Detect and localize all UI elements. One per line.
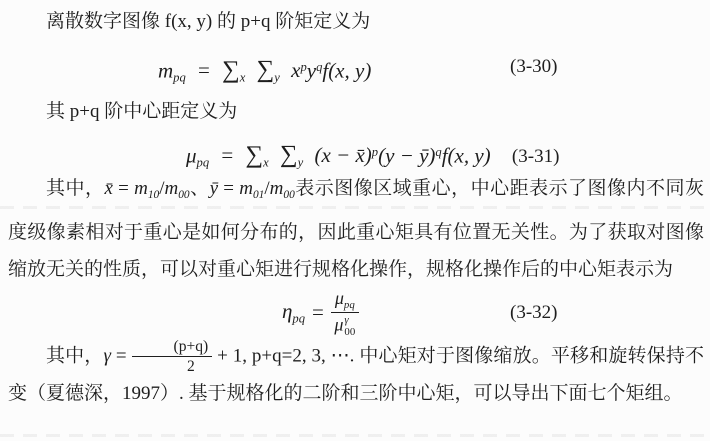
paragraph-text: 其 p+q 阶中心距定义为	[46, 101, 237, 122]
m01-subscript: 01	[253, 189, 264, 201]
mu-pq-symbol: μ	[335, 288, 344, 308]
enumeration-comma: 、	[190, 178, 210, 199]
equals-sign: =	[198, 58, 210, 82]
y-deviation-term: (y − ȳ)	[378, 143, 435, 167]
lead-text: 其中，	[46, 178, 104, 199]
m01-symbol: m	[239, 178, 253, 199]
fraction-denominator: 2	[132, 357, 213, 375]
equation-number: (3-32)	[510, 302, 557, 324]
xbar-formula: x̄ = m10/m00	[104, 178, 189, 199]
mu-pq-subscript: pq	[344, 299, 355, 311]
image-function: f(x, y)	[442, 143, 491, 167]
sum-y-subscript: y	[298, 156, 304, 170]
equals-sign: =	[221, 143, 233, 167]
paragraph-centroid-explanation: 其中，x̄ = m10/m00、ȳ = m01/m00表示图像区域重心，中心距表…	[8, 170, 704, 288]
sum-y-subscript: y	[274, 71, 280, 85]
m00-subscript: 00	[283, 189, 294, 201]
moment-subscript: pq	[173, 71, 186, 85]
y-term: y	[307, 58, 316, 82]
moment-symbol: m	[158, 58, 173, 82]
mu-symbol: μ	[186, 143, 197, 167]
ybar-formula: ȳ = m01/m00	[210, 178, 295, 199]
xbar-symbol: x̄	[104, 178, 112, 199]
equals-sign: =	[111, 345, 132, 366]
equation-3-31: μpq = ∑x ∑y (x − x̄)p(y − ȳ)qf(x, y) (3-…	[0, 134, 710, 170]
m00-symbol: m	[165, 178, 179, 199]
fraction-denominator: μγ00	[331, 313, 359, 338]
mu-subscript: pq	[197, 156, 210, 170]
gamma-symbol: γ	[103, 345, 111, 366]
sigma-icon: ∑	[245, 141, 263, 168]
sum-x-subscript: x	[263, 156, 269, 170]
sigma-icon: ∑	[222, 56, 240, 83]
fraction-numerator: (p+q)	[132, 338, 213, 357]
lead-text: 其中，	[46, 345, 103, 366]
eta-term: ηpq	[282, 299, 305, 326]
p-plus-q-over-2-fraction: (p+q)2	[132, 338, 213, 376]
paragraph-gamma-note: 其中，γ = (p+q)2 + 1, p+q=2, 3, ⋯. 中心矩对于图像缩…	[8, 338, 704, 411]
m10-subscript: 10	[148, 189, 159, 201]
mu-00-subscript: 00	[344, 326, 355, 338]
gamma-exponent: γ	[344, 314, 355, 326]
equation-3-32: ηpq = μpq μγ00 (3-32)	[0, 288, 710, 338]
normalized-moment-fraction: μpq μγ00	[331, 288, 359, 338]
eta-subscript: pq	[292, 312, 305, 326]
equation-3-30: mpq = ∑x ∑y xpyqf(x, y) (3-30)	[0, 50, 710, 84]
paragraph-central-moment-intro: 其 p+q 阶中心距定义为	[8, 98, 704, 126]
equation-number: (3-30)	[510, 50, 557, 84]
mu-00-supsub: γ00	[344, 314, 355, 338]
image-function: f(x, y)	[322, 58, 371, 82]
scan-artifact	[0, 434, 710, 437]
eta-symbol: η	[282, 299, 292, 323]
sum-x-subscript: x	[240, 71, 246, 85]
sigma-icon: ∑	[280, 141, 298, 168]
equals-sign: =	[312, 300, 324, 325]
ybar-symbol: ȳ	[210, 178, 218, 199]
sigma-icon: ∑	[257, 56, 275, 83]
fraction-numerator: μpq	[331, 288, 359, 313]
m10-symbol: m	[134, 178, 148, 199]
paragraph-moment-definition: 离散数字图像 f(x, y) 的 p+q 阶矩定义为	[8, 8, 704, 36]
equals-sign: =	[113, 178, 134, 199]
mu-00-symbol: μ	[334, 314, 343, 334]
paragraph-text: 离散数字图像 f(x, y) 的 p+q 阶矩定义为	[46, 11, 370, 32]
document-page: 离散数字图像 f(x, y) 的 p+q 阶矩定义为 mpq = ∑x ∑y x…	[0, 0, 710, 441]
equals-sign: =	[218, 178, 239, 199]
x-deviation-term: (x − x̄)	[314, 143, 371, 167]
equation-number: (3-31)	[512, 146, 559, 167]
m00-subscript: 00	[178, 189, 189, 201]
m00-symbol: m	[270, 178, 284, 199]
